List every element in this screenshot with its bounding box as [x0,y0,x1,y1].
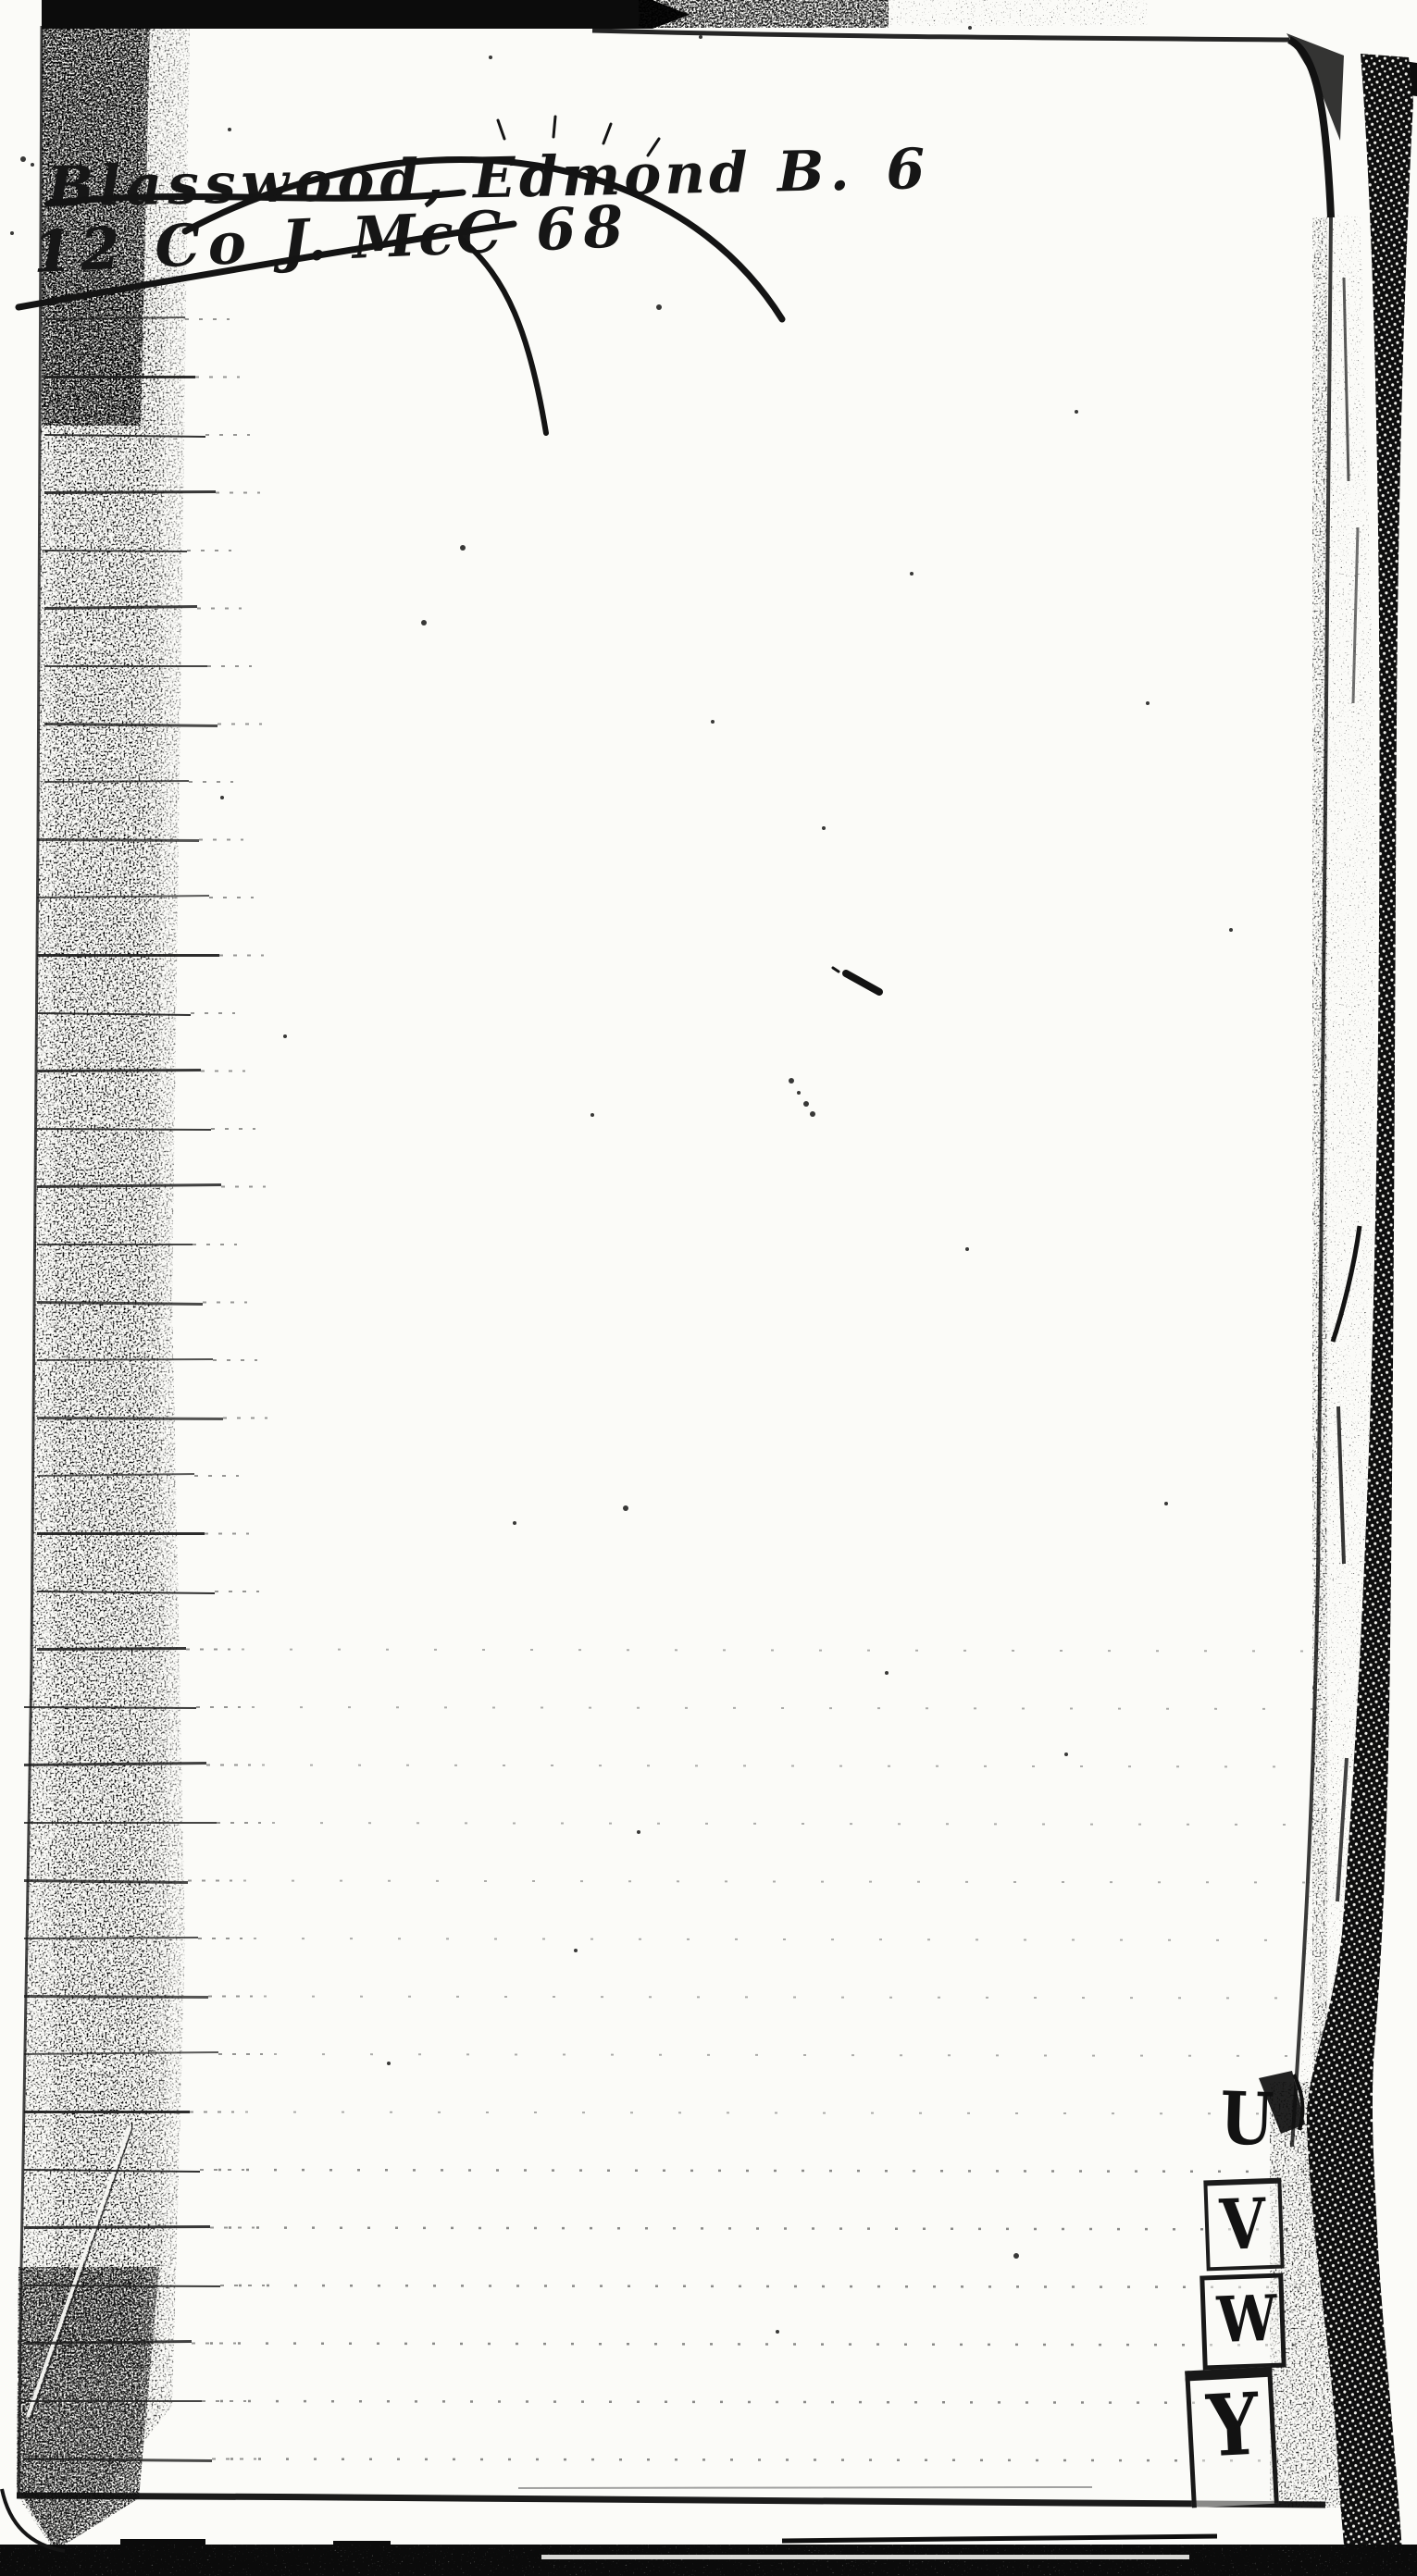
index-tab-u: U [1207,2079,1287,2167]
handwriting-note-line: 12 CoJ. McC68 [31,192,632,286]
right-binding-edge [1270,54,1413,2565]
top-scan-edge [42,0,1417,217]
strikeout-line2 [19,224,514,307]
handwriting-note-clerk: J. McC [280,198,505,275]
crease-scratch [28,2126,130,2417]
handwriting-middle-initial: B. [777,139,855,205]
stray-ink-marks [10,22,1233,2334]
scanned-ledger-page: Blasswood,EdmondB.6 12 CoJ. McC68 U V W … [0,0,1417,2576]
page-edge-line [1292,217,1331,2147]
bottom-rule-heavy [17,2487,1325,2505]
handwriting-entry-number: 6 [886,137,931,203]
handwriting-note-year: 68 [534,192,631,264]
index-tab-v: V [1203,2178,1284,2272]
ruled-lines [24,317,1340,2461]
index-tab-v-letter: V [1219,2189,1267,2260]
strikeout-line1 [48,192,463,204]
binding-cloth-strip [1307,54,1413,2565]
left-gutter-shadow [17,26,227,2552]
strikeout-arc-tail [461,239,546,433]
index-tab-u-letter: U [1219,2083,1275,2157]
index-tab-w: W [1199,2273,1286,2370]
page-corner-curve-top-right [1289,40,1331,217]
index-tab-w-letter: W [1216,2287,1278,2352]
strikeout-arc-dome [185,160,782,319]
index-tab-y-letter: Y [1205,2382,1262,2470]
index-tab-y: Y [1185,2367,1279,2508]
handwriting-note-lead: 12 Co [31,209,255,286]
handwriting-given-name: Edmond [472,141,752,211]
page-corner-curve-bottom-left [2,2489,65,2551]
handwriting-surname: Blasswood, [46,147,450,220]
handwriting-entry-line: Blasswood,EdmondB.6 [46,137,931,220]
